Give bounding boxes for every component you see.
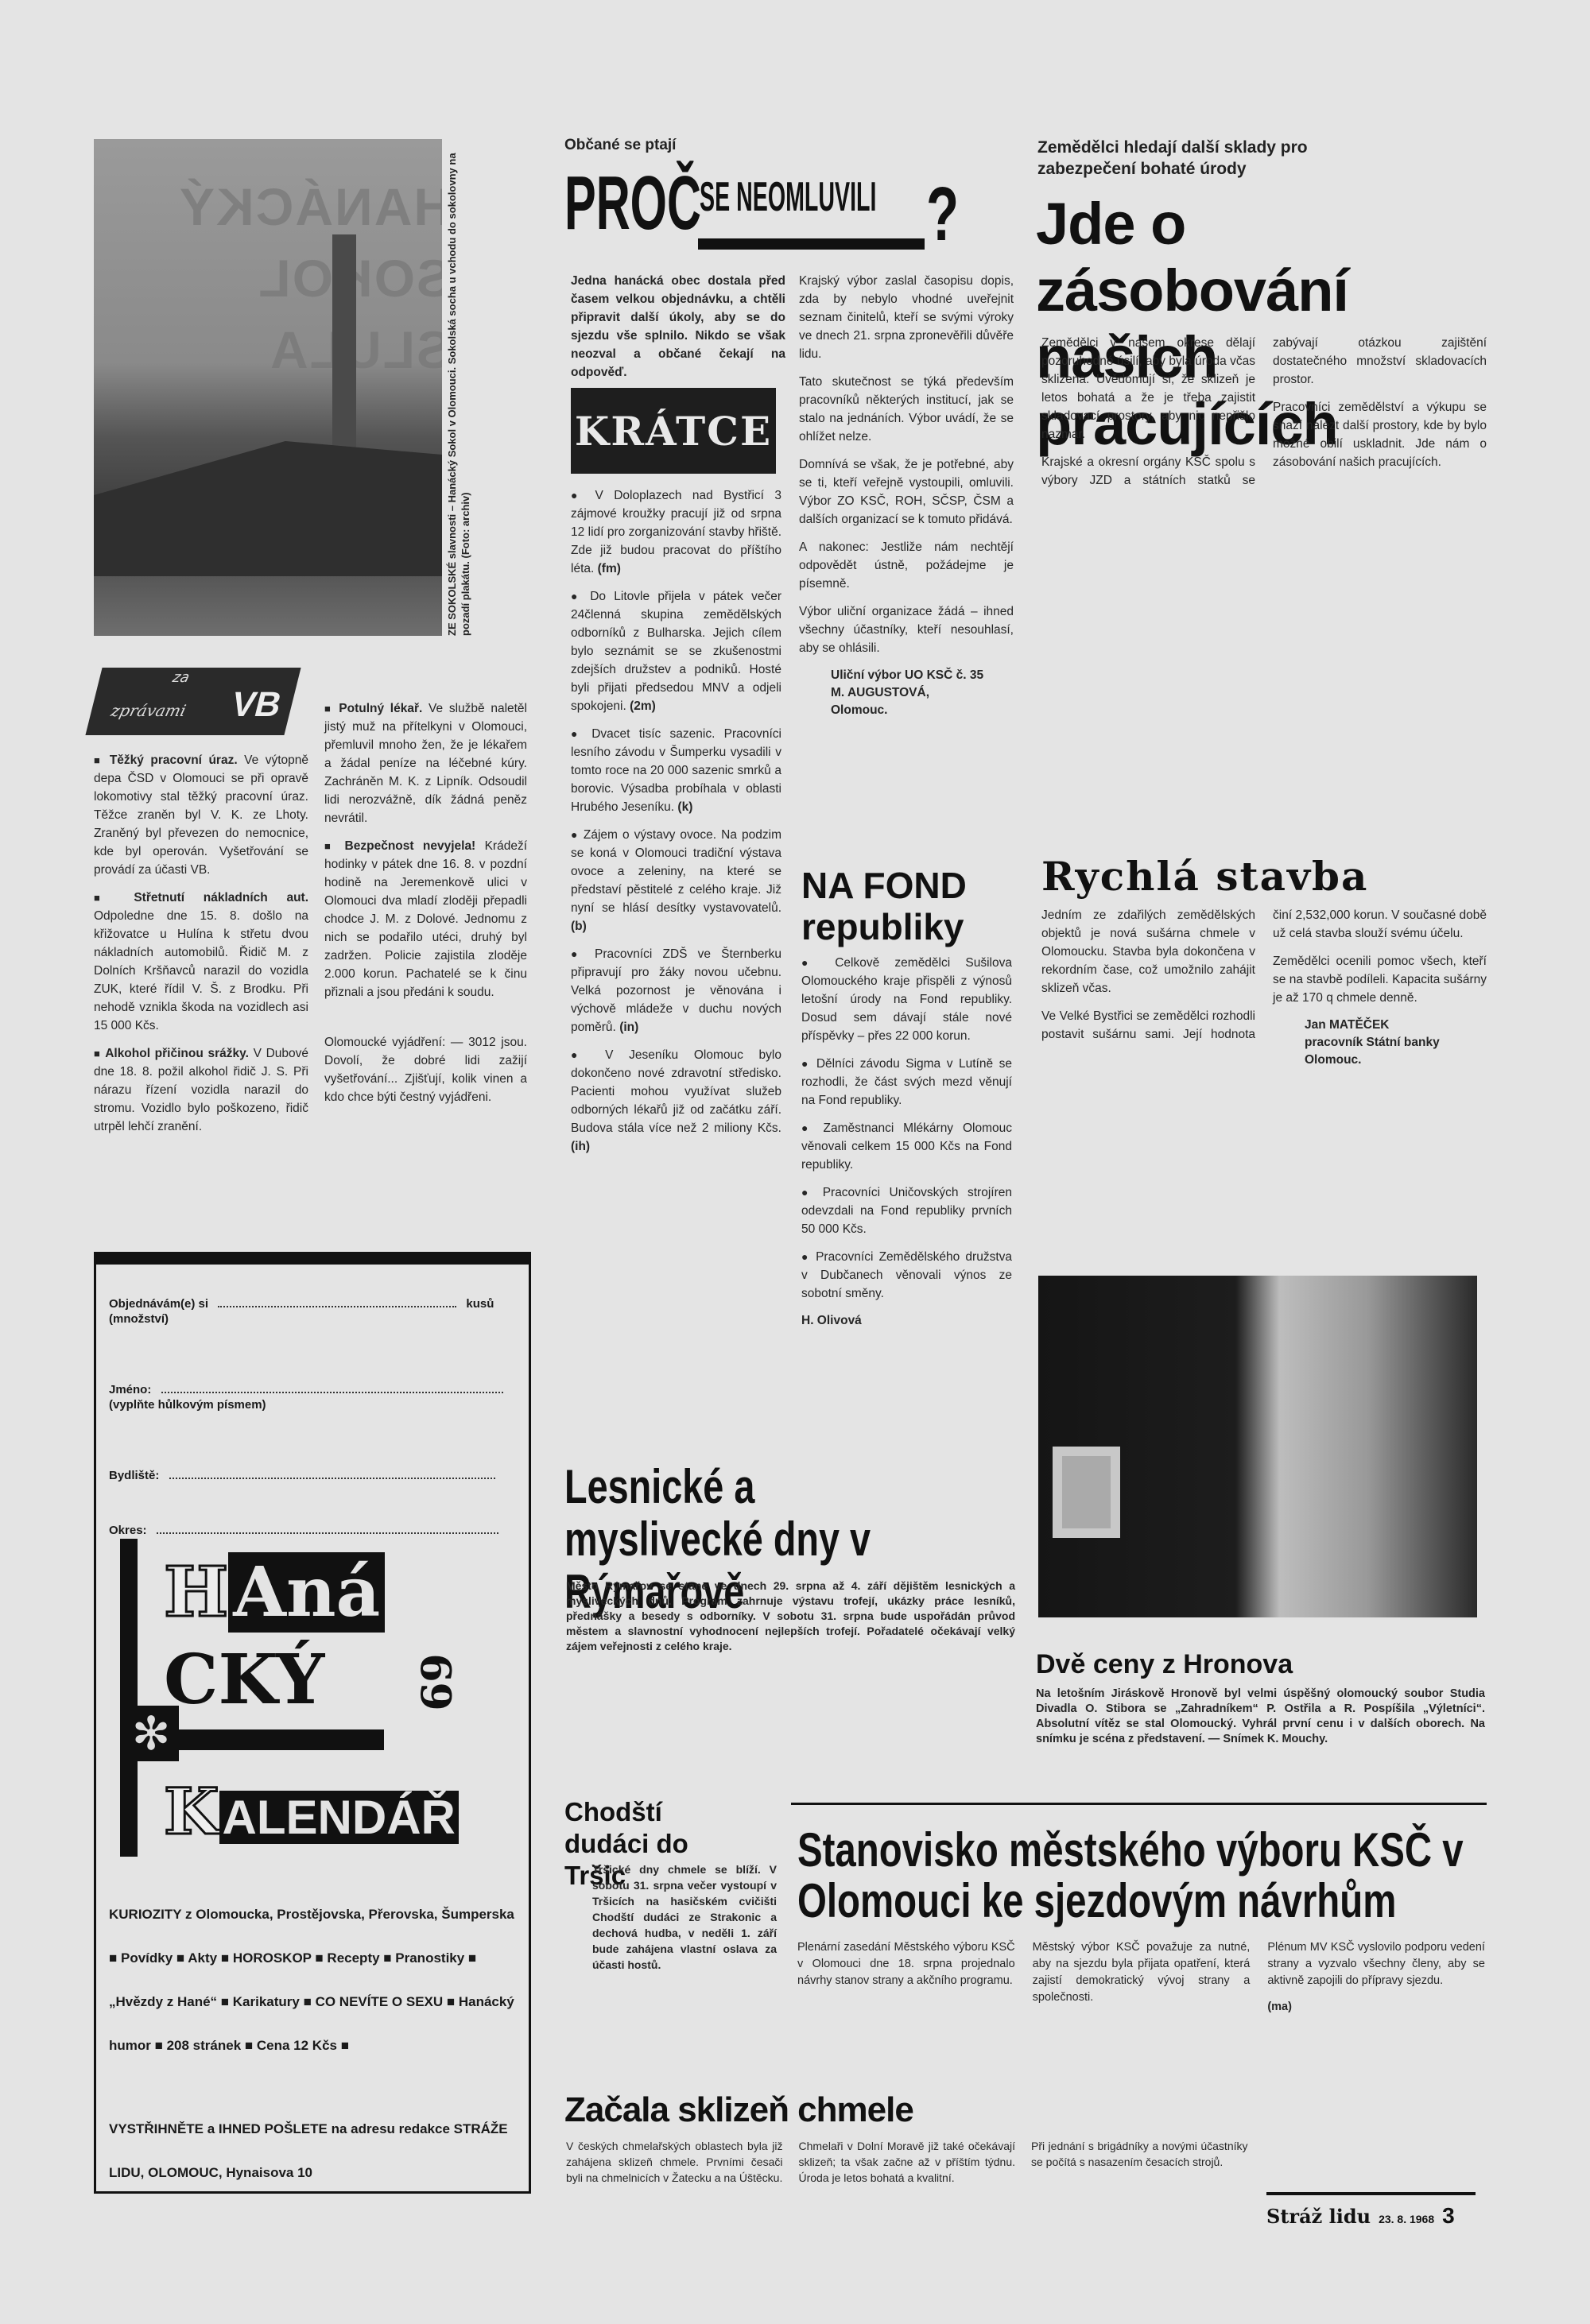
order-form: Objednávám(e) si kusů (množství) Jméno: …	[96, 1265, 529, 1538]
calendar-logo: ✻ HAná CKÝ 69 KALENDÁŘ	[120, 1539, 470, 1857]
stanovisko-headline: Stanovisko městského výboru KSČ v Olomou…	[797, 1825, 1476, 1927]
logo-word-ky: KÝ	[218, 1640, 324, 1720]
logo-letter-h: H	[164, 1552, 228, 1633]
na-fond-items: Celkově zemědělci Sušilova Olomouckého k…	[801, 954, 1012, 1330]
vb-logo-small: za	[171, 669, 192, 686]
proc-kicker: Občané se ptají	[564, 137, 676, 154]
kratce-logo: KRÁTCE	[571, 388, 776, 474]
stanovisko-top-rule	[791, 1803, 1487, 1805]
chmel-headline: Začala sklizeň chmele	[564, 2090, 913, 2130]
photo-banner-text: HANÁCKÝ SOKOL SLULA	[94, 171, 442, 385]
calendar-cta: VYSTŘIHNĚTE a IHNED POŠLETE na adresu re…	[109, 2107, 514, 2194]
order-coupon: Objednávám(e) si kusů (množství) Jméno: …	[94, 1252, 531, 2194]
proc-signature: Uliční výbor UO KSČ č. 35 M. AUGUSTOVÁ, …	[799, 667, 1014, 719]
proc-headline-small: SE NEOMLUVILI	[700, 176, 876, 218]
vb-logo: za zprávami VB	[85, 668, 301, 735]
photo-portrait-frame	[1053, 1447, 1120, 1538]
photo-theater-scene	[1038, 1276, 1477, 1617]
logo-word-ana: Aná	[228, 1552, 385, 1633]
dudaci-text: Tršické dny chmele se blíží. V sobotu 31…	[592, 1861, 777, 1973]
na-fond-headline: NA FOND republiky	[801, 865, 1008, 947]
hronov-caption: Na letošním Jiráskově Hronově byl velmi …	[1036, 1687, 1485, 1747]
issue-date: 23. 8. 1968	[1379, 2213, 1434, 2225]
hronov-headline: Dvě ceny z Hronova	[1036, 1649, 1293, 1680]
kratce-items: V Doloplazech nad Bystřicí 3 zájmové kro…	[571, 486, 781, 1165]
chmel-text: V českých chmelařských oblastech byla ji…	[566, 2138, 1015, 2217]
order-field-quantity[interactable]: Objednávám(e) si kusů (množství)	[109, 1296, 519, 1327]
zasobovani-kicker: Zemědělci hledají další sklady pro zabez…	[1037, 137, 1324, 180]
vb-logo-big: VB	[227, 685, 286, 725]
vb-column-2: Potulný lékař. Ve službě naletěl jistý m…	[324, 699, 527, 1116]
logo-letter-k: K	[164, 1774, 219, 1849]
na-fond-signature: H. Olivová	[801, 1312, 1012, 1330]
photo-building	[94, 441, 442, 576]
vb-column-1: Těžký pracovní úraz. Ve výtopně depa ČSD…	[94, 751, 308, 1145]
proc-lead: Jedna hanácká obec dostala před časem ve…	[571, 272, 785, 382]
proc-headline-big: PROČ	[564, 165, 701, 242]
rychla-stavba-headline: Rychlá stavba	[1041, 854, 1368, 899]
calendar-contents: KURIOZITY z Olomoucka, Prostějovska, Pře…	[109, 1892, 514, 2067]
calendar-year: 69	[411, 1653, 460, 1710]
proc-underline	[698, 238, 925, 250]
page-footer: Stráž lidu 23. 8. 1968 3	[1266, 2203, 1455, 2229]
lesnicke-text: Město Rýmařov se stane ve dnech 29. srpn…	[566, 1578, 1015, 1654]
footer-rule	[1266, 2192, 1476, 2195]
logo-word-alendar: ALENDÁŘ	[219, 1791, 459, 1844]
masthead: Stráž lidu	[1266, 2205, 1371, 2228]
rychla-stavba-text: Jedním ze zdařilých zemědělských objektů…	[1041, 906, 1487, 1256]
rychla-stavba-signature: Jan MATĚČEK pracovník Státní banky Olomo…	[1273, 1017, 1487, 1069]
calendar-logo-bar-vertical	[120, 1539, 138, 1857]
proc-question-mark: ?	[926, 176, 959, 253]
photo-sokol-statue: HANÁCKÝ SOKOL SLULA	[94, 139, 442, 636]
zasobovani-text: Zemědělci v našem okrese dělají pozoruho…	[1041, 334, 1487, 835]
photo-caption-vertical: ZE SOKOLSKÉ slavnosti – Hanácký Sokol v …	[445, 143, 525, 636]
logo-letter-c: C	[164, 1640, 218, 1720]
page-number: 3	[1442, 2203, 1455, 2229]
proc-column-2: Krajský výbor zaslal časopisu dopis, zda…	[799, 272, 1014, 719]
order-field-name[interactable]: Jméno: (vyplňte hůlkovým písmem)	[109, 1382, 519, 1412]
order-field-address[interactable]: Bydliště:	[109, 1468, 519, 1483]
order-field-district[interactable]: Okres:	[109, 1523, 519, 1538]
vb-logo-script: zprávami	[109, 701, 188, 720]
